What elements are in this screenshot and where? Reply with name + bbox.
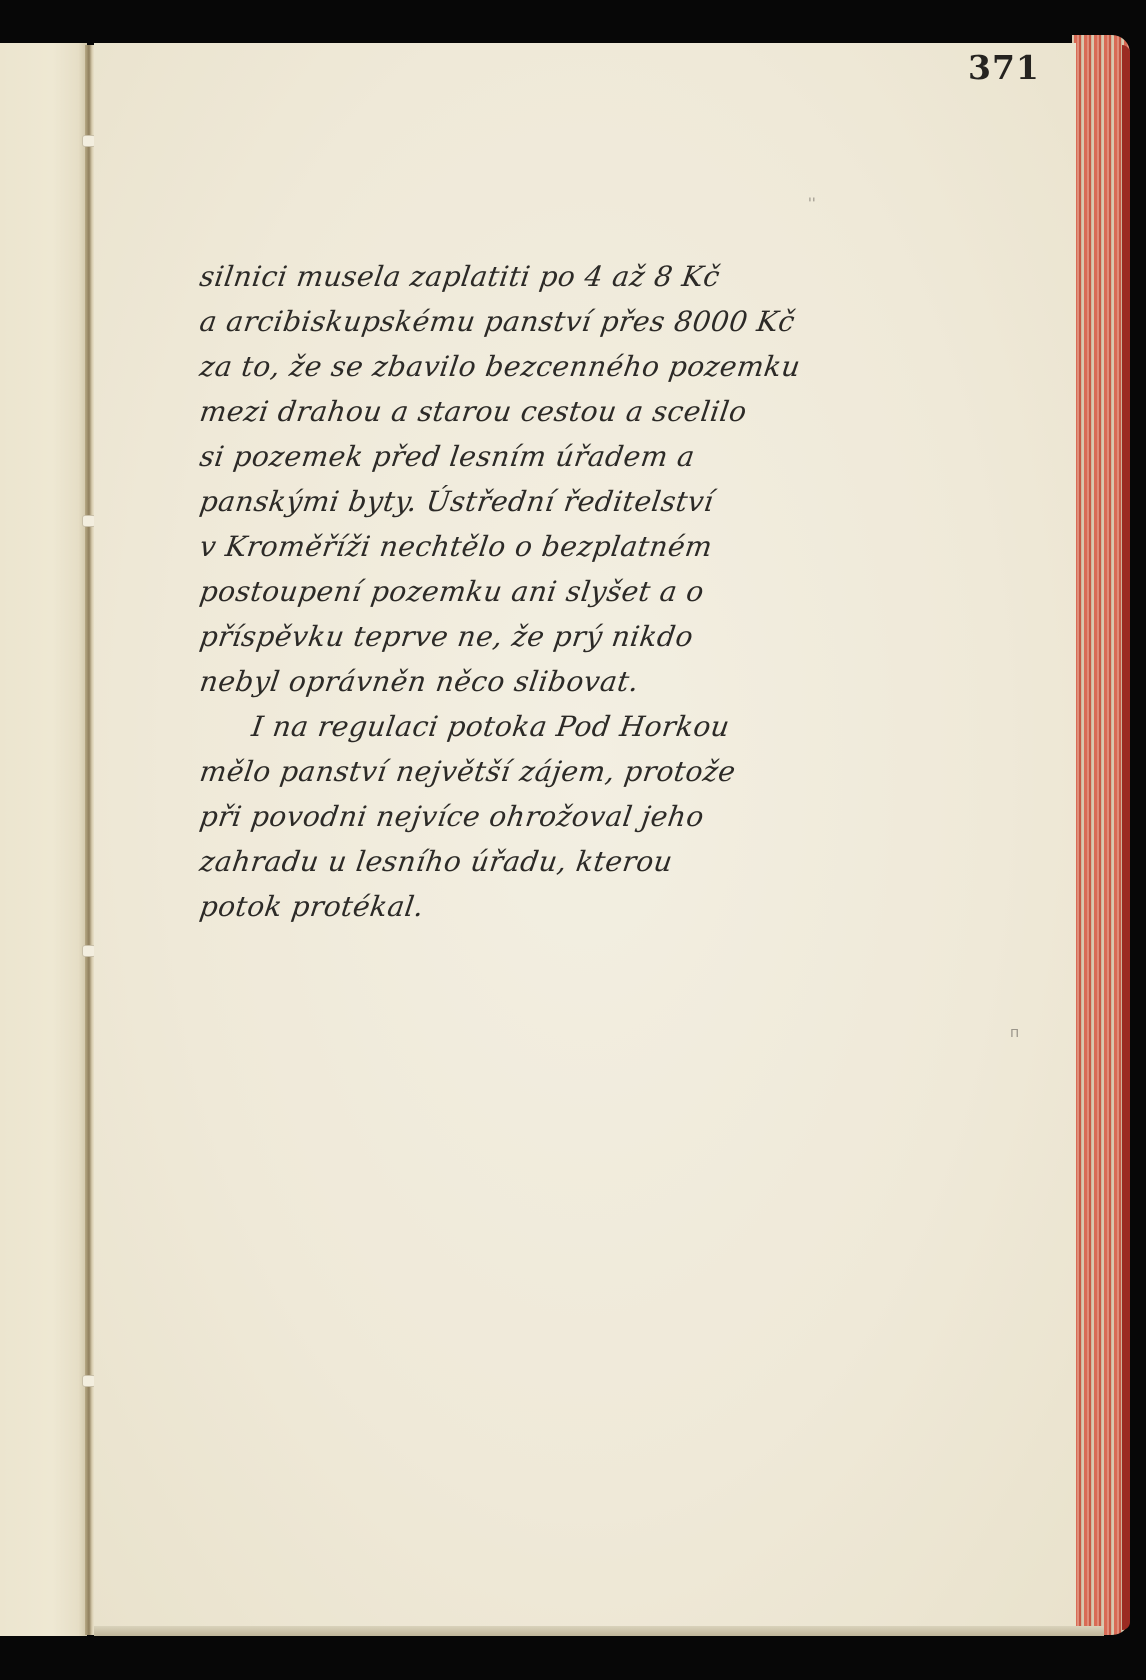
text-line: za to, že se zbavilo bezcenného pozemku [197, 344, 863, 389]
text-line: příspěvku teprve ne, že prý nikdo [197, 614, 863, 659]
left-page [0, 43, 87, 1636]
text-line: v Kroměříži nechtělo o bezplatném [197, 524, 863, 569]
text-line: zahradu u lesního úřadu, kterou [197, 839, 863, 884]
book-scan: 371 '' п silnici musela zaplatiti po 4 a… [0, 0, 1146, 1680]
text-line: mezi drahou a starou cestou a scelilo [197, 389, 863, 434]
text-line: panskými byty. Ústřední ředitelství [197, 479, 863, 524]
text-line: nebyl oprávněn něco slibovat. [197, 659, 863, 704]
text-line: si pozemek před lesním úřadem a [197, 434, 863, 479]
text-line: postoupení pozemku ani slyšet a o [197, 569, 863, 614]
text-line: potok protékal. [197, 884, 863, 929]
handwritten-text: silnici musela zaplatiti po 4 až 8 Kč a … [200, 254, 860, 929]
page-bottom-edge [94, 1626, 1104, 1636]
page-number: 371 [968, 48, 1040, 87]
margin-mark: '' [808, 196, 816, 212]
text-line: mělo panství největší zájem, protože [197, 749, 863, 794]
text-line: a arcibiskupskému panství přes 8000 Kč [197, 299, 863, 344]
text-line: při povodni nejvíce ohrožoval jeho [197, 794, 863, 839]
text-line: silnici musela zaplatiti po 4 až 8 Kč [197, 254, 863, 299]
cover-edge [1122, 45, 1130, 1630]
paragraph-2: I na regulaci potoka Pod Horkou mělo pan… [200, 704, 860, 929]
text-line: I na regulaci potoka Pod Horkou [197, 704, 863, 749]
paragraph-1: silnici musela zaplatiti po 4 až 8 Kč a … [200, 254, 860, 704]
margin-mark: п [1010, 1025, 1019, 1041]
